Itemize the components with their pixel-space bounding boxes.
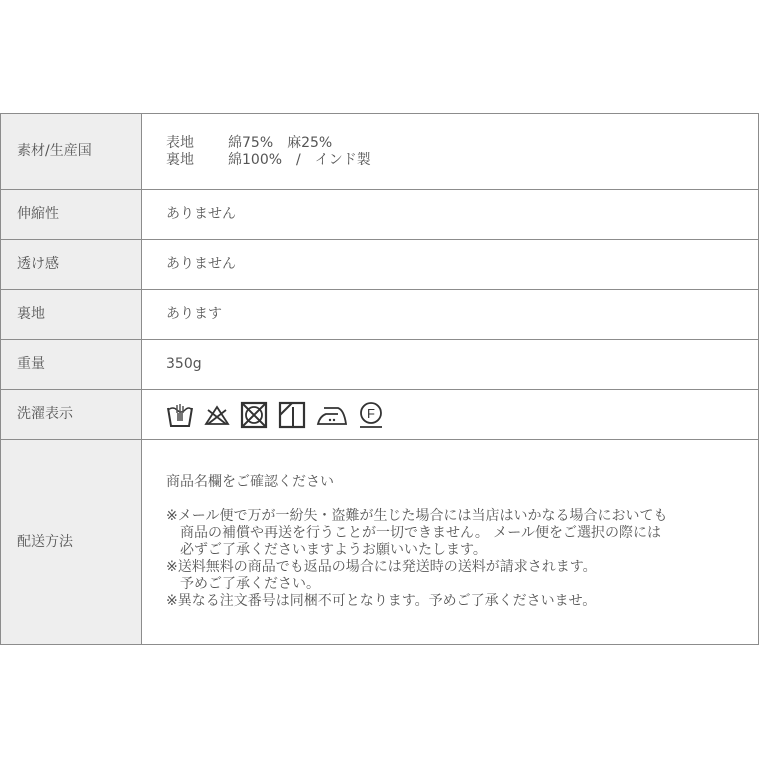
line-dry-shade-icon xyxy=(278,401,306,429)
spec-value: 350g xyxy=(142,340,759,390)
iron-medium-icon xyxy=(316,404,348,426)
spec-label: 素材/生産国 xyxy=(1,114,142,190)
svg-text:F: F xyxy=(367,406,375,421)
delivery-lead: 商品名欄をご確認ください xyxy=(166,474,758,491)
spec-value: ありません xyxy=(142,190,759,240)
material-composition: 綿75% 麻25% xyxy=(228,135,332,152)
spec-value-delivery: 商品名欄をご確認ください ※メール便で万が一紛失・盗難が生じた場合には当店はいか… xyxy=(142,440,759,645)
product-spec-table: 素材/生産国 表地 綿75% 麻25% 裏地 綿100% / インド製 伸縮性 … xyxy=(0,113,759,645)
spec-label: 配送方法 xyxy=(1,440,142,645)
spec-value: あります xyxy=(142,290,759,340)
material-part: 表地 xyxy=(166,135,228,152)
spec-label: 裏地 xyxy=(1,290,142,340)
delivery-note: ※異なる注文番号は同梱不可となります。予めご了承くださいませ。 xyxy=(166,593,758,610)
spec-label: 伸縮性 xyxy=(1,190,142,240)
spec-value-care: F xyxy=(142,390,759,440)
spec-row-sheerness: 透け感 ありません xyxy=(1,240,759,290)
material-line-lining: 裏地 綿100% / インド製 xyxy=(166,152,758,169)
spec-row-care: 洗濯表示 F xyxy=(1,390,759,440)
spec-row-stretch: 伸縮性 ありません xyxy=(1,190,759,240)
spec-value-material: 表地 綿75% 麻25% 裏地 綿100% / インド製 xyxy=(142,114,759,190)
delivery-note: ※送料無料の商品でも返品の場合には発送時の送料が請求されます。 予めご了承くださ… xyxy=(166,559,758,593)
spec-row-lining: 裏地 あります xyxy=(1,290,759,340)
spec-row-weight: 重量 350g xyxy=(1,340,759,390)
spec-label: 透け感 xyxy=(1,240,142,290)
spec-label: 洗濯表示 xyxy=(1,390,142,440)
spec-row-material: 素材/生産国 表地 綿75% 麻25% 裏地 綿100% / インド製 xyxy=(1,114,759,190)
spec-row-delivery: 配送方法 商品名欄をご確認ください ※メール便で万が一紛失・盗難が生じた場合には… xyxy=(1,440,759,645)
material-part: 裏地 xyxy=(166,152,228,169)
spec-label: 重量 xyxy=(1,340,142,390)
care-icons: F xyxy=(166,400,758,430)
no-bleach-icon xyxy=(204,404,230,426)
hand-wash-icon xyxy=(166,402,194,428)
no-tumble-dry-icon xyxy=(240,401,268,429)
dry-clean-f-icon: F xyxy=(358,401,384,429)
material-line-outer: 表地 綿75% 麻25% xyxy=(166,135,758,152)
material-composition: 綿100% / インド製 xyxy=(228,152,371,169)
delivery-note: ※メール便で万が一紛失・盗難が生じた場合には当店はいかなる場合においても 商品の… xyxy=(166,508,758,559)
spec-value: ありません xyxy=(142,240,759,290)
